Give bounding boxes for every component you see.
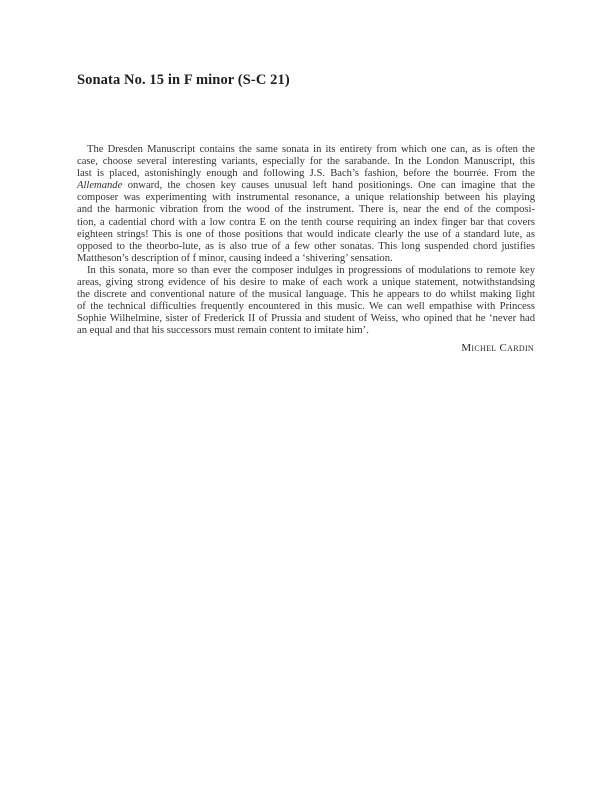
page-title: Sonata No. 15 in F minor (S-C 21) — [77, 72, 290, 89]
paragraph-1-line-8: eighteen strings! This is one of those p… — [77, 229, 535, 241]
paragraph-1-line-10: Mattheson’s description of f minor, caus… — [77, 253, 535, 265]
body-text: The Dresden Manuscript contains the same… — [77, 144, 535, 338]
paragraph-1-line-2: case, choose several interesting variant… — [77, 156, 535, 168]
document-page: Sonata No. 15 in F minor (S-C 21) The Dr… — [0, 0, 600, 808]
paragraph-2-line-5: Sophie Wilhelmine, sister of Frederick I… — [77, 313, 535, 325]
allemande-italic: Allemande — [77, 180, 122, 191]
paragraph-2-line-1: In this sonata, more so than ever the co… — [77, 265, 535, 277]
paragraph-1-line-6: and the harmonic vibration from the wood… — [77, 204, 535, 216]
paragraph-1-line-5: composer was experimenting with instrume… — [77, 192, 535, 204]
paragraph-2-line-6: an equal and that his successors must re… — [77, 325, 535, 337]
paragraph-2-line-2: areas, giving strong evidence of his des… — [77, 277, 535, 289]
paragraph-1-line-4: Allemande onward, the chosen key causes … — [77, 180, 535, 192]
paragraph-2-line-3: the discrete and conventional nature of … — [77, 289, 535, 301]
paragraph-1-line-1: The Dresden Manuscript contains the same… — [77, 144, 535, 156]
paragraph-2-line-4: of the technical difficulties frequently… — [77, 301, 535, 313]
paragraph-1-line-3: last is placed, astonishingly enough and… — [77, 168, 535, 180]
author-signature: Michel Cardin — [461, 342, 534, 354]
paragraph-1-line-4-rest: onward, the chosen key causes unusual le… — [122, 180, 535, 191]
paragraph-1-line-9: opposed to the theorbo-lute, as is also … — [77, 241, 535, 253]
paragraph-1-line-7: tion, a cadential chord with a low contr… — [77, 217, 535, 229]
